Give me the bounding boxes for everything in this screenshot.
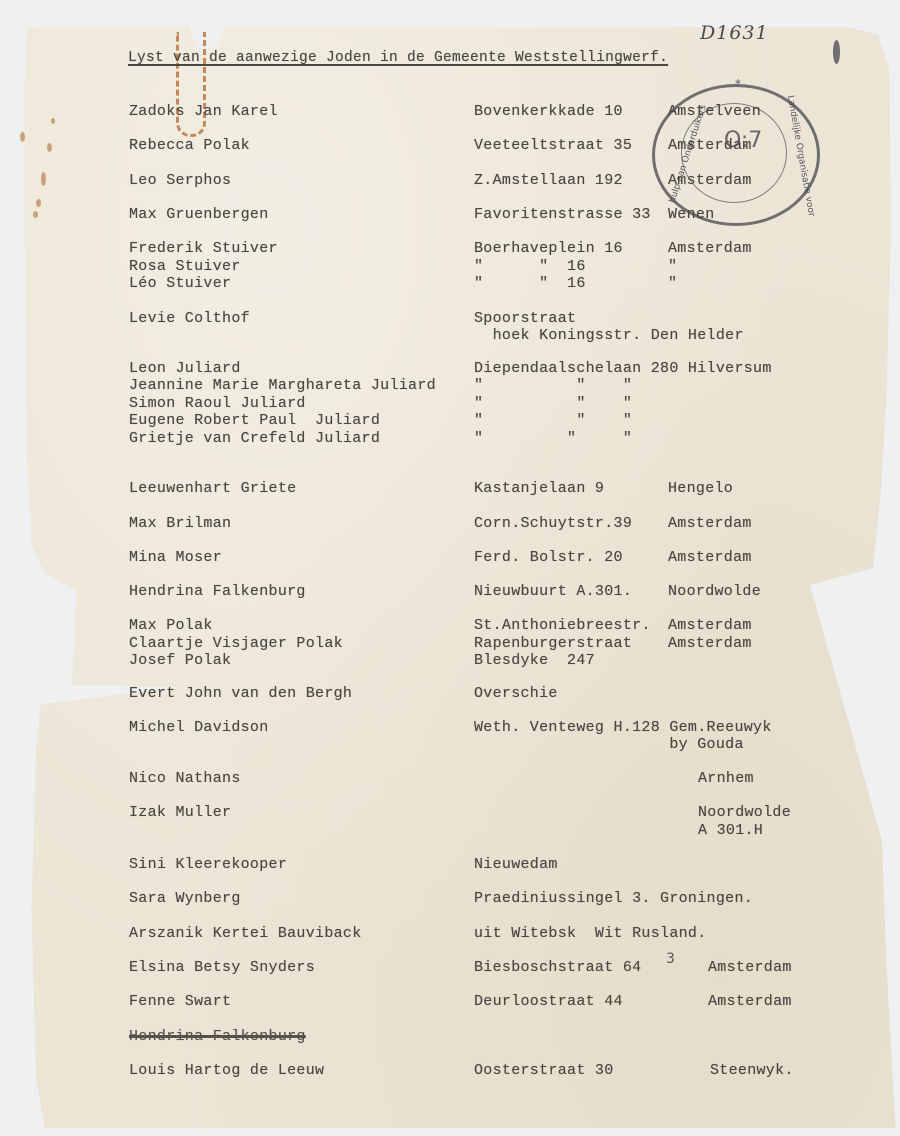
entry-address: Z.Amstellaan 192 (474, 172, 623, 189)
entry-address: Weth. Venteweg H.128 Gem.Reeuwyk (474, 719, 772, 736)
entry-name: Evert John van den Bergh (129, 685, 352, 702)
entry-name: Michel Davidson (129, 719, 269, 736)
entry-city: Amsterdam (708, 993, 792, 1010)
entry-name: Louis Hartog de Leeuw (129, 1062, 324, 1079)
entry-address: Diependaalschelaan 280 Hilversum (474, 360, 772, 377)
entry-city: Amsterdam (668, 617, 752, 634)
entry-city: Amsterdam (668, 137, 752, 154)
entry-city: Arnhem (698, 770, 754, 787)
entry-city: Noordwolde (698, 804, 791, 821)
entry-city: Amstelveen (668, 103, 761, 120)
entry-name: Simon Raoul Juliard (129, 395, 306, 412)
entry-city: Amsterdam (668, 515, 752, 532)
entry-name: Izak Muller (129, 804, 231, 821)
entry-address: Ferd. Bolstr. 20 (474, 549, 623, 566)
entry-city: Amsterdam (668, 549, 752, 566)
entry-address: St.Anthoniebreestr. (474, 617, 651, 634)
entry-address: Blesdyke 247 (474, 652, 595, 669)
entry-address: " " 16 (474, 275, 586, 292)
entry-address: Rapenburgerstraat (474, 635, 632, 652)
entry-name: Nico Nathans (129, 770, 241, 787)
entry-name: Claartje Visjager Polak (129, 635, 343, 652)
entry-address: " " " (474, 412, 632, 429)
entry-name: Arszanik Kertei Bauviback (129, 925, 362, 942)
entry-name: Max Gruenbergen (129, 206, 269, 223)
entry-name: Fenne Swart (129, 993, 231, 1010)
entry-name: Josef Polak (129, 652, 231, 669)
entry-city: Amsterdam (668, 240, 752, 257)
entry-city: Amsterdam (708, 959, 792, 976)
entry-address: " " 16 (474, 258, 586, 275)
entry-city: Hengelo (668, 480, 733, 497)
entry-name: Rosa Stuiver (129, 258, 241, 275)
entry-address: Nieuwedam (474, 856, 558, 873)
entry-name: Léo Stuiver (129, 275, 231, 292)
entry-city: Steenwyk. (710, 1062, 794, 1079)
entry-city: Amsterdam (668, 172, 752, 189)
star-icon: * (735, 77, 741, 91)
entry-address: Oosterstraat 30 (474, 1062, 614, 1079)
entry-address: Deurloostraat 44 (474, 993, 623, 1010)
entry-name: Hendrina Falkenburg (129, 1028, 306, 1045)
entry-address: " " " (474, 395, 632, 412)
paperclip-rust-mark (176, 32, 206, 137)
entry-name: Max Brilman (129, 515, 231, 532)
entry-address: Boerhaveplein 16 (474, 240, 623, 257)
entry-name: Zadoks Jan Karel (129, 103, 278, 120)
entry-name: Eugene Robert Paul Juliard (129, 412, 380, 429)
entry-city: Noordwolde (668, 583, 761, 600)
document-title: Lyst van de aanwezige Joden in de Gemeen… (128, 50, 668, 66)
entry-name: Frederik Stuiver (129, 240, 278, 257)
entry-name: Leo Serphos (129, 172, 231, 189)
entry-address: " " " (474, 430, 632, 447)
rust-stain (20, 132, 25, 142)
entry-address: by Gouda (474, 736, 744, 753)
entry-name: Mina Moser (129, 549, 222, 566)
entry-address: Praediniussingel 3. Groningen. (474, 890, 753, 907)
handwritten-note: 3 (666, 951, 675, 967)
entry-city: Amsterdam (668, 635, 752, 652)
rust-stain (36, 199, 41, 207)
rust-stain (41, 172, 46, 186)
entry-address: Corn.Schuytstr.39 (474, 515, 632, 532)
entry-name: Sara Wynberg (129, 890, 241, 907)
entry-address: hoek Koningsstr. Den Helder (474, 327, 744, 344)
entry-address: Bovenkerkkade 10 (474, 103, 623, 120)
entry-name: Jeannine Marie Marghareta Juliard (129, 377, 436, 394)
entry-address: Veeteeltstraat 35 (474, 137, 632, 154)
entry-name: Elsina Betsy Snyders (129, 959, 315, 976)
entry-name: Sini Kleerekooper (129, 856, 287, 873)
entry-city: Wenen (668, 206, 715, 223)
entry-city: A 301.H (698, 822, 763, 839)
entry-name: Max Polak (129, 617, 213, 634)
entry-address: Biesboschstraat 64 (474, 959, 641, 976)
entry-name: Grietje van Crefeld Juliard (129, 430, 380, 447)
rust-stain (51, 118, 55, 124)
rust-stain (33, 211, 38, 218)
entry-address: Nieuwbuurt A.301. (474, 583, 632, 600)
entry-name: Levie Colthof (129, 310, 250, 327)
entry-city: " (668, 258, 677, 275)
entry-address: Spoorstraat (474, 310, 576, 327)
entry-name: Leeuwenhart Griete (129, 480, 296, 497)
rust-stain (47, 143, 52, 152)
ink-spot (833, 40, 840, 64)
entry-name: Hendrina Falkenburg (129, 583, 306, 600)
entry-address: uit Witebsk Wit Rusland. (474, 925, 707, 942)
entry-name: Rebecca Polak (129, 137, 250, 154)
reference-number: D1631 (700, 22, 769, 44)
entry-address: Favoritenstrasse 33 (474, 206, 651, 223)
entry-address: Kastanjelaan 9 (474, 480, 604, 497)
entry-city: " (668, 275, 677, 292)
entry-address: " " " (474, 377, 632, 394)
entry-name: Leon Juliard (129, 360, 241, 377)
entry-address: Overschie (474, 685, 558, 702)
